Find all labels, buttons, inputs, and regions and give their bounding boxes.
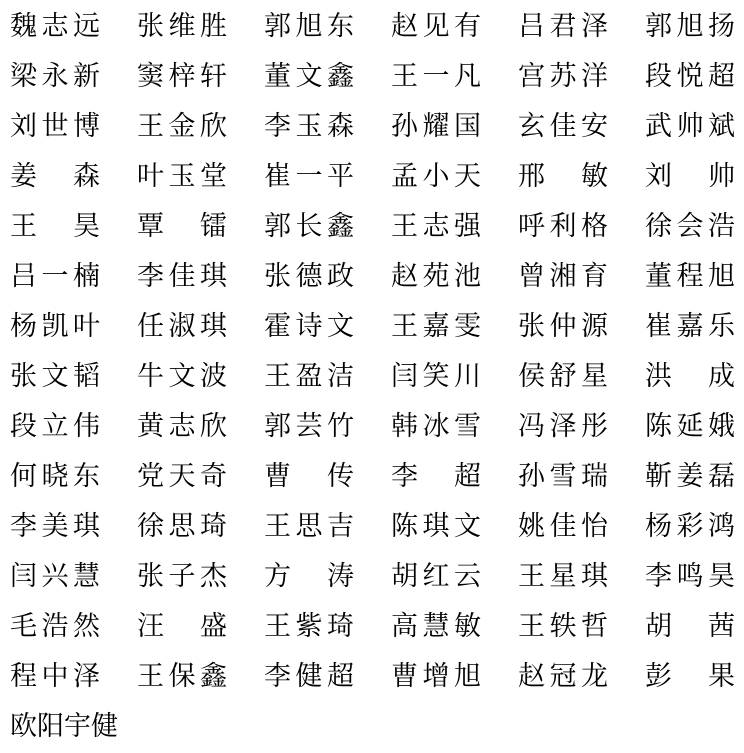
person-name: 孙雪瑞 [518,463,608,490]
name-character: 牛 [137,363,164,390]
name-character: 轩 [200,63,227,90]
name-character: 湘 [550,263,577,290]
name-character: 赵 [391,263,418,290]
person-name: 闫兴慧 [10,563,100,590]
name-character: 旭 [677,13,704,40]
name-character: 立 [42,413,69,440]
name-roster-page: 魏志远张维胜郭旭东赵见有吕君泽郭旭扬梁永新窦梓轩董文鑫王一凡宫苏洋段悦超刘世博王… [0,0,744,751]
name-character: 小 [423,163,450,190]
name-character: 新 [73,63,100,90]
name-character: 窦 [137,63,164,90]
name-character: 郭 [645,13,672,40]
name-character: 怡 [581,513,608,540]
name-character: 子 [169,563,196,590]
name-character: 泽 [550,413,577,440]
name-character: 保 [169,663,196,690]
name-character: 胡 [391,563,418,590]
name-character: 帅 [708,163,735,190]
name-character: 健 [91,713,118,740]
name-character: 瑞 [581,463,608,490]
person-name: 李玉森 [264,113,354,140]
person-name: 王志强 [391,213,481,240]
name-character: 琪 [581,563,608,590]
name-character: 何 [10,463,37,490]
person-name: 张子杰 [137,563,227,590]
person-name: 郭旭东 [264,13,354,40]
name-character: 王 [391,213,418,240]
name-character: 仲 [550,313,577,340]
person-name: 赵冠龙 [518,663,608,690]
name-character: 乐 [708,313,735,340]
person-name: 刘世博 [10,113,100,140]
name-character: 琪 [423,513,450,540]
name-character: 慧 [423,613,450,640]
name-character: 耀 [423,113,450,140]
name-character: 曾 [518,263,545,290]
name-character: 阳 [37,713,64,740]
name-character: 文 [169,363,196,390]
person-name: 李鸣昊 [645,563,735,590]
name-character: 文 [454,513,481,540]
name-character: 李 [391,463,418,490]
name-character: 盛 [200,613,227,640]
name-character: 云 [454,563,481,590]
name-character: 龙 [581,663,608,690]
person-name: 方涛 [264,563,354,590]
name-character: 赵 [391,13,418,40]
name-character: 堂 [200,163,227,190]
person-name: 吕一楠 [10,263,100,290]
name-character: 洋 [581,63,608,90]
person-name: 杨彩鸿 [645,513,735,540]
name-character: 姜 [677,463,704,490]
name-character: 张 [137,13,164,40]
person-name: 陈琪文 [391,513,481,540]
name-character: 侯 [518,363,545,390]
name-character: 郭 [264,213,291,240]
name-character: 维 [169,13,196,40]
name-character: 姚 [518,513,545,540]
name-character: 王 [264,613,291,640]
person-name: 覃镭 [137,213,227,240]
name-character: 王 [391,313,418,340]
name-character: 徐 [645,213,672,240]
name-character: 伟 [73,413,100,440]
name-character: 源 [581,313,608,340]
name-character: 梓 [169,63,196,90]
name-character: 磊 [708,463,735,490]
person-name: 张仲源 [518,313,608,340]
name-character: 川 [454,363,481,390]
name-character: 苏 [550,63,577,90]
person-name: 党天奇 [137,463,227,490]
name-character: 泽 [73,663,100,690]
name-character: 孙 [518,463,545,490]
person-name: 韩冰雪 [391,413,481,440]
name-character: 文 [42,363,69,390]
name-character: 德 [296,263,323,290]
name-character: 嘉 [423,313,450,340]
name-character: 雯 [454,313,481,340]
name-character: 杨 [10,313,37,340]
person-name: 王思吉 [264,513,354,540]
name-character: 汪 [137,613,164,640]
person-name: 赵苑池 [391,263,481,290]
person-name: 彭果 [645,663,735,690]
person-name: 张文韬 [10,363,100,390]
person-name: 郭芸竹 [264,413,354,440]
person-name: 牛文波 [137,363,227,390]
name-character: 黄 [137,413,164,440]
person-name: 王昊 [10,213,100,240]
person-name: 王一凡 [391,63,481,90]
name-character: 紫 [296,613,323,640]
name-character: 佳 [550,513,577,540]
person-name: 孙耀国 [391,113,481,140]
name-character: 思 [296,513,323,540]
name-character: 琦 [327,613,354,640]
name-character: 芸 [296,413,323,440]
name-character: 波 [200,363,227,390]
name-character: 李 [645,563,672,590]
name-character: 曹 [391,663,418,690]
name-character: 长 [296,213,323,240]
name-character: 段 [10,413,37,440]
person-name: 汪盛 [137,613,227,640]
name-character: 党 [137,463,164,490]
person-name: 霍诗文 [264,313,354,340]
name-character: 增 [423,663,450,690]
name-character: 鸣 [677,563,704,590]
name-character: 欧 [10,713,37,740]
name-character: 琦 [200,513,227,540]
name-character: 斌 [708,113,735,140]
name-character: 悦 [677,63,704,90]
person-name: 呼利格 [518,213,608,240]
person-name: 侯舒星 [518,363,608,390]
person-name: 冯泽彤 [518,413,608,440]
name-character: 孙 [391,113,418,140]
name-character: 王 [391,63,418,90]
person-name: 胡茜 [645,613,735,640]
person-name: 邢敏 [518,163,608,190]
name-character: 池 [454,263,481,290]
name-character: 张 [518,313,545,340]
name-character: 玄 [518,113,545,140]
name-character: 杨 [645,513,672,540]
name-character: 宇 [64,713,91,740]
name-character: 见 [423,13,450,40]
name-character: 段 [645,63,672,90]
name-character: 有 [454,13,481,40]
person-name: 王金欣 [137,113,227,140]
name-character: 茜 [708,613,735,640]
name-character: 敏 [454,613,481,640]
name-character: 李 [137,263,164,290]
name-character: 舒 [550,363,577,390]
name-character: 鑫 [200,663,227,690]
person-name: 程中泽 [10,663,100,690]
name-character: 涛 [327,563,354,590]
name-character: 君 [550,13,577,40]
person-name: 闫笑川 [391,363,481,390]
person-name: 曹传 [264,463,354,490]
person-name: 董文鑫 [264,63,354,90]
name-character: 洪 [645,363,672,390]
name-character: 轶 [550,613,577,640]
name-character: 冰 [423,413,450,440]
name-character: 董 [645,263,672,290]
name-character: 程 [10,663,37,690]
name-character: 琪 [200,313,227,340]
name-character: 王 [264,513,291,540]
name-character: 胜 [200,13,227,40]
name-character: 扬 [708,13,735,40]
name-character: 星 [550,563,577,590]
name-character: 王 [137,663,164,690]
person-name: 宫苏洋 [518,63,608,90]
person-name: 靳姜磊 [645,463,735,490]
name-character: 凯 [42,313,69,340]
person-name: 王嘉雯 [391,313,481,340]
name-character: 延 [677,413,704,440]
person-name: 叶玉堂 [137,163,227,190]
name-character: 洁 [327,363,354,390]
person-name: 刘帅 [645,163,735,190]
name-character: 彩 [677,513,704,540]
person-name: 吕君泽 [518,13,608,40]
name-character: 凡 [454,63,481,90]
person-name: 欧阳宇健 [10,713,118,740]
name-character: 泽 [581,13,608,40]
name-character: 格 [581,213,608,240]
name-character: 毛 [10,613,37,640]
name-character: 覃 [137,213,164,240]
name-character: 旭 [708,263,735,290]
name-character: 冠 [550,663,577,690]
name-character: 叶 [137,163,164,190]
name-character: 鑫 [327,63,354,90]
person-name: 徐会浩 [645,213,735,240]
name-character: 雪 [550,463,577,490]
name-character: 武 [645,113,672,140]
name-character: 竹 [327,413,354,440]
name-character: 帅 [677,113,704,140]
name-character: 诗 [296,313,323,340]
name-character: 董 [264,63,291,90]
name-character: 浩 [708,213,735,240]
name-character: 思 [169,513,196,540]
name-character: 叶 [73,313,100,340]
name-character: 吉 [327,513,354,540]
name-character: 任 [137,313,164,340]
name-character: 然 [73,613,100,640]
name-character: 远 [73,13,100,40]
person-name: 陈延娥 [645,413,735,440]
name-character: 强 [454,213,481,240]
name-character: 金 [169,113,196,140]
name-character: 姜 [10,163,37,190]
person-name: 洪成 [645,363,735,390]
name-character: 镭 [200,213,227,240]
name-character: 郭 [264,413,291,440]
name-character: 星 [581,363,608,390]
name-character: 佳 [550,113,577,140]
name-character: 哲 [581,613,608,640]
person-name: 段立伟 [10,413,100,440]
name-character: 淑 [169,313,196,340]
name-grid: 魏志远张维胜郭旭东赵见有吕君泽郭旭扬梁永新窦梓轩董文鑫王一凡宫苏洋段悦超刘世博王… [0,0,744,751]
person-name: 姚佳怡 [518,513,608,540]
name-character: 雪 [454,413,481,440]
name-character: 梁 [10,63,37,90]
name-character: 王 [518,613,545,640]
name-character: 志 [423,213,450,240]
name-character: 韬 [73,363,100,390]
name-character: 吕 [518,13,545,40]
name-character: 崔 [645,313,672,340]
name-character: 徐 [137,513,164,540]
name-character: 陈 [645,413,672,440]
name-character: 呼 [518,213,545,240]
name-character: 国 [454,113,481,140]
name-character: 靳 [645,463,672,490]
name-character: 杰 [200,563,227,590]
person-name: 崔嘉乐 [645,313,735,340]
name-character: 韩 [391,413,418,440]
name-character: 传 [327,463,354,490]
name-character: 李 [264,663,291,690]
person-name: 张德政 [264,263,354,290]
person-name: 王保鑫 [137,663,227,690]
person-name: 郭长鑫 [264,213,354,240]
name-character: 旭 [454,663,481,690]
name-character: 李 [10,513,37,540]
name-character: 博 [73,113,100,140]
name-character: 苑 [423,263,450,290]
person-name: 梁永新 [10,63,100,90]
name-character: 娥 [708,413,735,440]
name-character: 冯 [518,413,545,440]
name-character: 会 [677,213,704,240]
name-character: 赵 [518,663,545,690]
name-character: 刘 [645,163,672,190]
person-name: 曾湘育 [518,263,608,290]
name-character: 浩 [42,613,69,640]
name-character: 志 [42,13,69,40]
name-character: 闫 [10,563,37,590]
person-name: 任淑琪 [137,313,227,340]
name-character: 嘉 [677,313,704,340]
name-character: 彤 [581,413,608,440]
name-character: 佳 [169,263,196,290]
name-character: 中 [42,663,69,690]
person-name: 曹增旭 [391,663,481,690]
name-character: 宫 [518,63,545,90]
name-character: 欣 [200,413,227,440]
name-character: 世 [42,113,69,140]
person-name: 黄志欣 [137,413,227,440]
name-character: 超 [708,63,735,90]
name-character: 文 [327,313,354,340]
person-name: 张维胜 [137,13,227,40]
person-name: 姜森 [10,163,100,190]
name-character: 琪 [73,513,100,540]
name-character: 闫 [391,363,418,390]
name-character: 昊 [708,563,735,590]
person-name: 窦梓轩 [137,63,227,90]
name-character: 王 [10,213,37,240]
person-name: 李健超 [264,663,354,690]
name-character: 张 [10,363,37,390]
person-name: 徐思琦 [137,513,227,540]
name-character: 陈 [391,513,418,540]
name-character: 慧 [73,563,100,590]
person-name: 李美琪 [10,513,100,540]
person-name: 王盈洁 [264,363,354,390]
name-character: 育 [581,263,608,290]
name-character: 一 [42,263,69,290]
name-character: 郭 [264,13,291,40]
name-character: 曹 [264,463,291,490]
name-character: 笑 [423,363,450,390]
person-name: 何晓东 [10,463,100,490]
name-character: 李 [264,113,291,140]
person-name: 郭旭扬 [645,13,735,40]
person-name: 王星琪 [518,563,608,590]
name-character: 程 [677,263,704,290]
name-character: 邢 [518,163,545,190]
name-character: 鑫 [327,213,354,240]
name-character: 志 [169,413,196,440]
name-character: 王 [264,363,291,390]
person-name: 王轶哲 [518,613,608,640]
name-character: 利 [550,213,577,240]
name-character: 晓 [42,463,69,490]
name-character: 健 [296,663,323,690]
name-character: 一 [423,63,450,90]
name-character: 高 [391,613,418,640]
person-name: 董程旭 [645,263,735,290]
name-character: 张 [264,263,291,290]
name-character: 昊 [73,213,100,240]
name-character: 文 [296,63,323,90]
name-character: 东 [327,13,354,40]
person-name: 段悦超 [645,63,735,90]
name-character: 果 [708,663,735,690]
name-character: 盈 [296,363,323,390]
person-name: 玄佳安 [518,113,608,140]
person-name: 高慧敏 [391,613,481,640]
name-character: 政 [327,263,354,290]
name-character: 兴 [42,563,69,590]
person-name: 毛浩然 [10,613,100,640]
name-character: 胡 [645,613,672,640]
person-name: 崔一平 [264,163,354,190]
name-character: 敏 [581,163,608,190]
name-character: 王 [518,563,545,590]
person-name: 赵见有 [391,13,481,40]
name-character: 天 [454,163,481,190]
name-character: 玉 [296,113,323,140]
person-name: 孟小天 [391,163,481,190]
name-character: 一 [296,163,323,190]
name-character: 霍 [264,313,291,340]
name-character: 鸿 [708,513,735,540]
name-character: 吕 [10,263,37,290]
name-character: 张 [137,563,164,590]
name-character: 天 [169,463,196,490]
